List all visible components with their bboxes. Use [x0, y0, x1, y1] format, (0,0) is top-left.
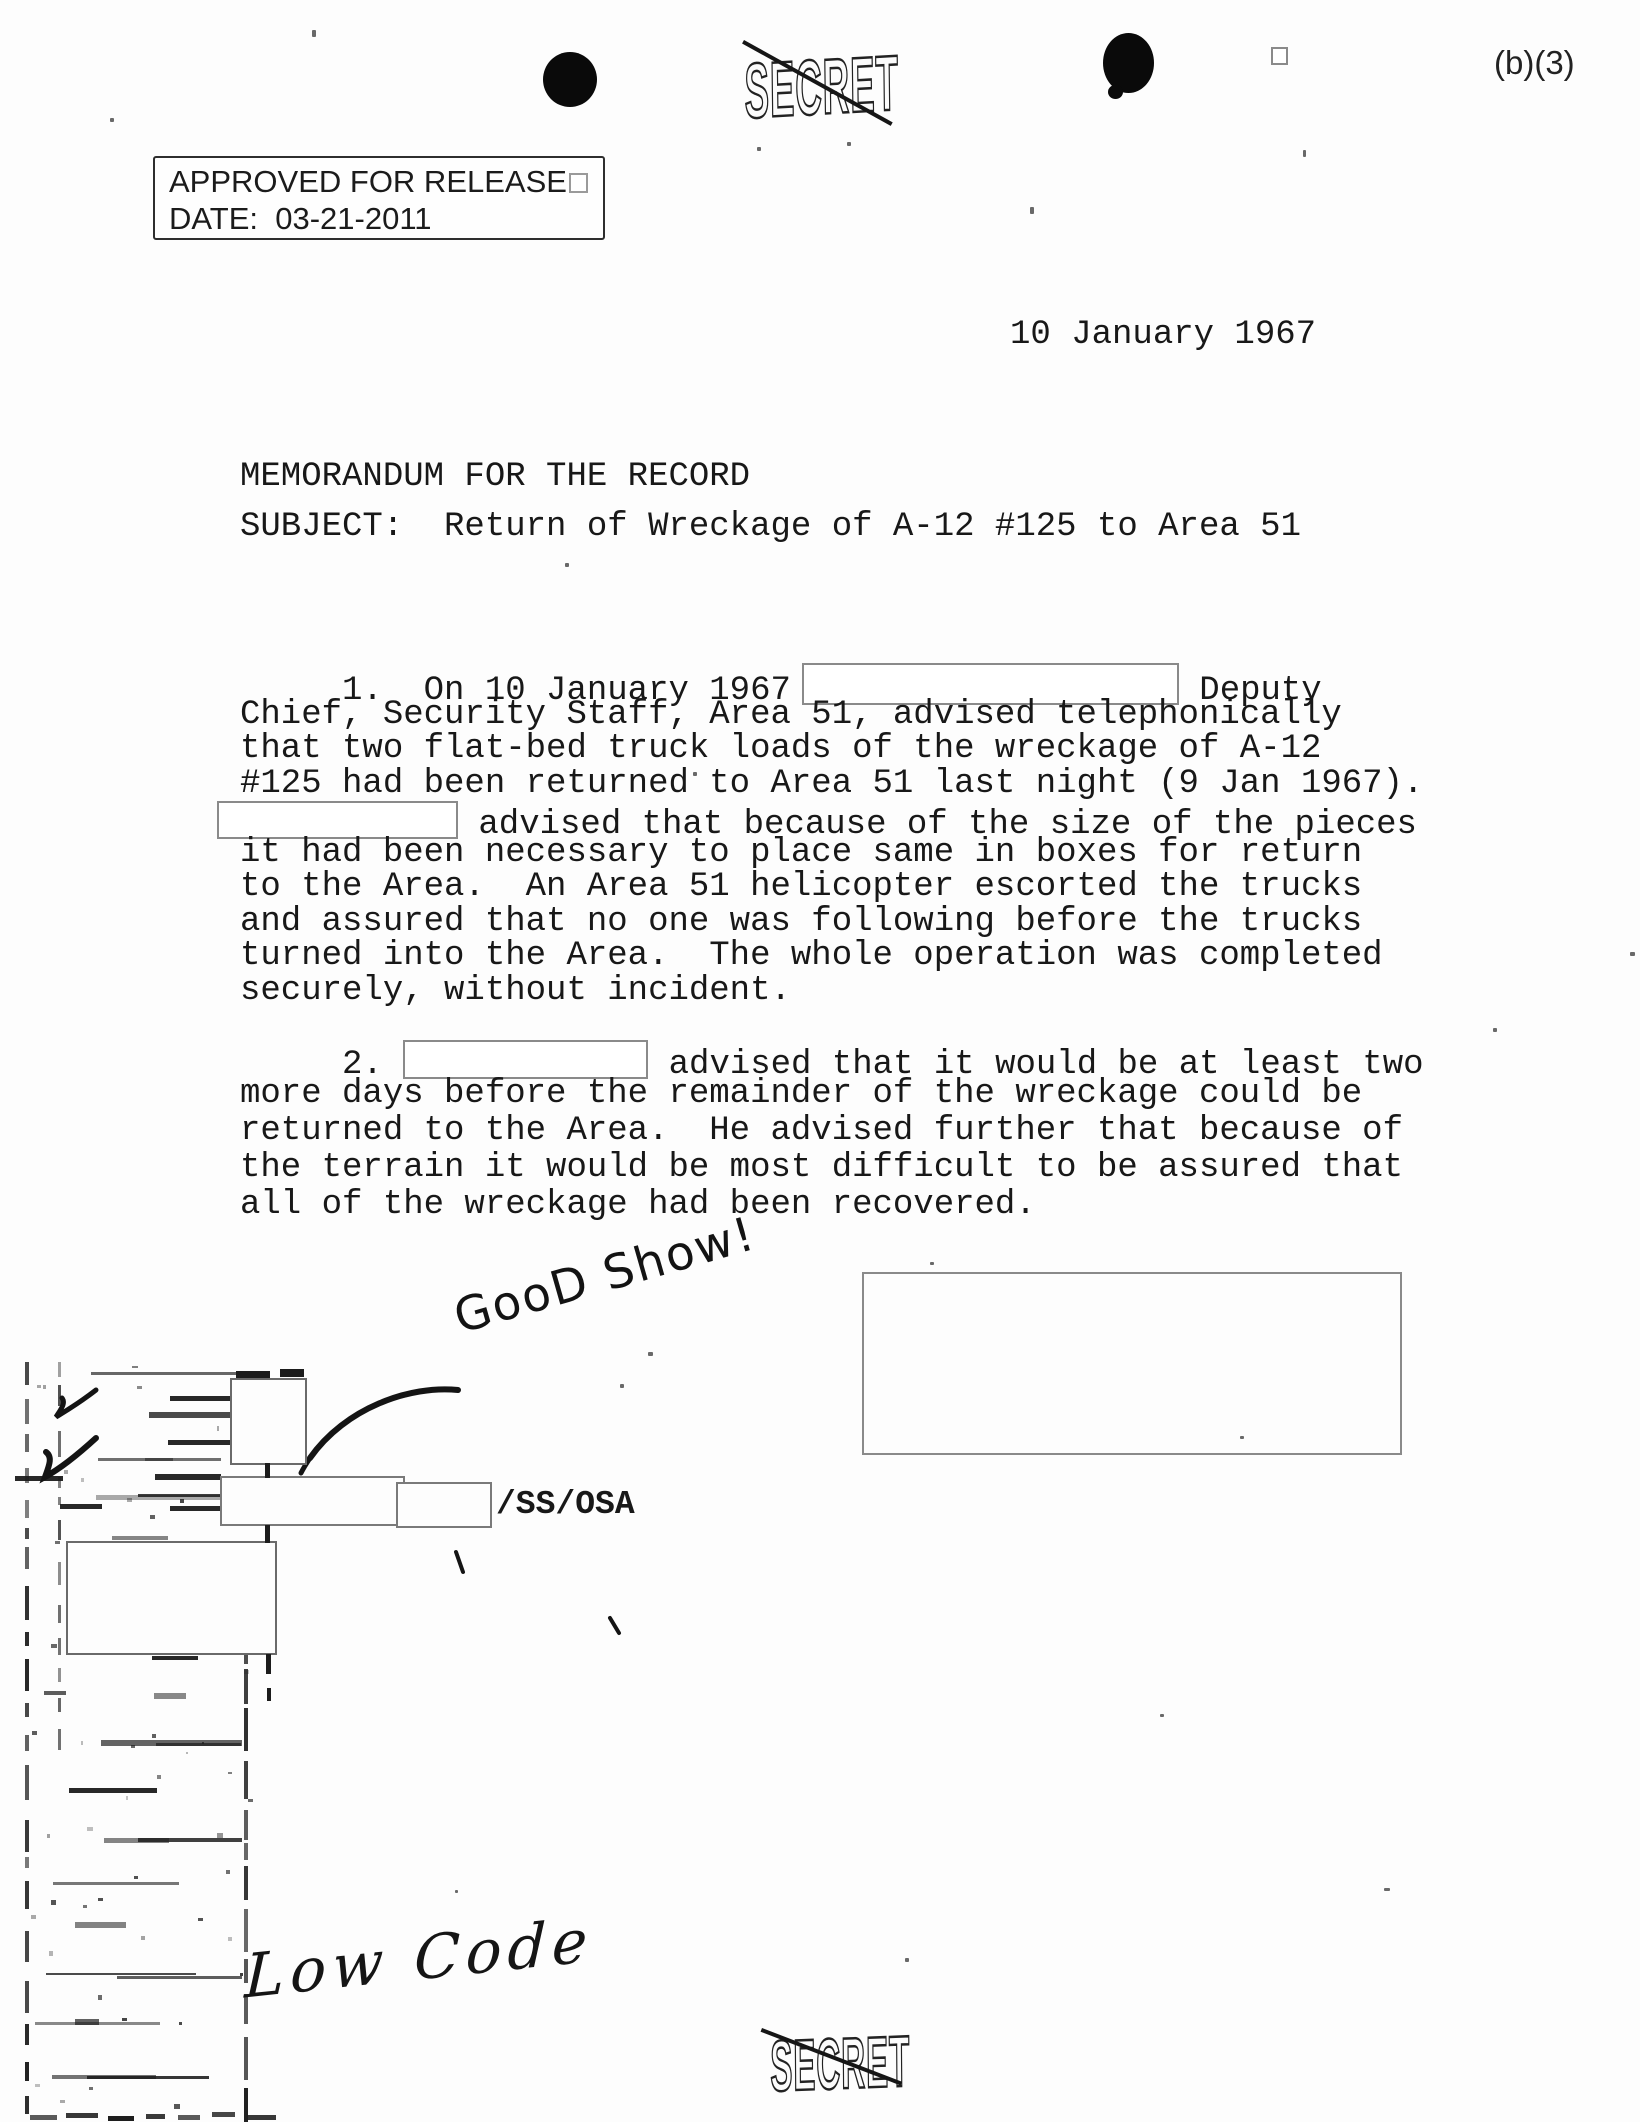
stamp-dash — [122, 2018, 127, 2021]
connector-mark — [265, 1463, 270, 1478]
stamp-dash — [127, 1498, 132, 1502]
stamp-dash — [58, 1477, 61, 1488]
stamp-dash — [226, 1870, 230, 1873]
stamp-dash — [43, 1385, 46, 1389]
body-text: that two flat-bed truck loads of the wre… — [240, 730, 1321, 768]
stamp-dash — [217, 1833, 223, 1838]
stamp-dash — [96, 1495, 237, 1499]
body-text: returned to the Area. He advised further… — [240, 1112, 1403, 1150]
stamp-dash — [58, 1605, 61, 1623]
stamp-dash — [138, 1838, 242, 1842]
smudge-mark — [280, 1369, 304, 1377]
stamp-dash — [25, 1981, 29, 2013]
stamp-dash — [55, 1541, 59, 1544]
scan-speck — [905, 1958, 909, 1962]
stamp-dash — [32, 1731, 37, 1735]
stamp-dash — [217, 1426, 220, 1431]
body-text: turned into the Area. The whole operatio… — [240, 937, 1383, 975]
scanned-memo-page: SECRET (b)(3) APPROVED FOR RELEASE DATE:… — [0, 0, 1640, 2122]
release-stamp-line1: APPROVED FOR RELEASE — [169, 163, 603, 200]
ink-dot-right-smudge — [1108, 85, 1123, 99]
stamp-dash — [170, 1396, 232, 1401]
stamp-dash — [25, 1362, 29, 1385]
stamp-dash — [178, 2115, 200, 2120]
stamp-dash — [60, 2100, 65, 2103]
body-text: #125 had been returned to Area 51 last n… — [240, 765, 1423, 803]
stamp-dash — [58, 1729, 61, 1750]
stamp-dash — [51, 1644, 56, 1649]
scan-speck — [757, 147, 761, 151]
redaction-box-wide — [220, 1476, 405, 1526]
stamp-dash — [25, 1468, 29, 1484]
stamp-dash — [46, 1973, 196, 1976]
body-line-p1-l2: Chief, Security Staff, Area 51, advised … — [240, 698, 1342, 732]
scan-speck — [648, 1352, 653, 1356]
stamp-dash — [25, 1659, 29, 1691]
stamp-dash — [25, 2024, 29, 2046]
redaction-box-small — [396, 1482, 492, 1528]
date-line: 10 January 1967 — [1010, 316, 1316, 354]
connector-mark — [266, 1654, 271, 1674]
stamp-dash — [25, 1547, 29, 1570]
stamp-dash — [141, 1936, 145, 1939]
ink-dot-right — [1103, 33, 1154, 93]
stamp-dash — [25, 1528, 29, 1539]
body-line-p1-l10: securely, without incident. — [240, 974, 791, 1008]
connector-mark — [267, 1688, 271, 1701]
smudge-mark — [236, 1371, 270, 1378]
stamp-dash — [98, 1995, 102, 2000]
body-text: Chief, Security Staff, Area 51, advised … — [240, 696, 1342, 734]
stray-tick — [456, 1552, 463, 1572]
stamp-dash — [37, 1385, 40, 1388]
body-line-p2-l3: returned to the Area. He advised further… — [240, 1114, 1403, 1148]
stamp-dash — [108, 2116, 134, 2121]
stamp-dash — [69, 1788, 156, 1793]
body-line-p2-l5: all of the wreckage had been recovered. — [240, 1188, 1036, 1222]
stamp-dash — [75, 2019, 99, 2025]
stamp-dash — [131, 1745, 135, 1748]
scan-speck — [565, 563, 569, 567]
scan-speck — [1630, 952, 1635, 956]
stamp-dash — [58, 1362, 61, 1377]
stamp-dash — [157, 1775, 161, 1779]
body-text: more days before the remainder of the wr… — [240, 1075, 1362, 1113]
body-line-p1-l7: to the Area. An Area 51 helicopter escor… — [240, 870, 1362, 904]
stamp-dash — [180, 1499, 183, 1503]
scan-speck — [847, 142, 851, 146]
stamp-dash — [170, 1506, 222, 1511]
stamp-dash — [212, 2112, 234, 2117]
scan-speck — [620, 1384, 624, 1388]
redaction-box-large-right — [862, 1272, 1402, 1455]
stamp-dash — [25, 1820, 29, 1852]
scan-speck — [312, 30, 316, 37]
stamp-dash — [244, 1761, 248, 1799]
stamp-dash — [47, 1834, 50, 1837]
stamp-dash — [25, 1703, 29, 1717]
stamp-dash — [25, 2062, 29, 2081]
stamp-dash — [25, 2096, 29, 2115]
stamp-dash — [228, 1772, 232, 1774]
scan-speck — [930, 1262, 934, 1265]
stray-tick — [610, 1618, 619, 1633]
stamp-dash — [25, 1857, 29, 1869]
stamp-dash — [174, 2104, 180, 2109]
stamp-dash — [244, 1843, 248, 1860]
stamp-dash — [25, 1399, 29, 1424]
stamp-dash — [58, 1497, 61, 1506]
stamp-dash — [132, 1366, 138, 1368]
stamp-dash — [81, 1741, 83, 1745]
pen-swoosh-stroke — [310, 1389, 458, 1458]
scan-speck — [1240, 1436, 1244, 1439]
stamp-dash — [91, 1372, 239, 1375]
stamp-dash — [58, 1385, 61, 1406]
stamp-dash — [202, 1742, 205, 1744]
stamp-dash — [134, 1876, 138, 1880]
scan-speck — [1303, 150, 1306, 157]
stamp-dash — [198, 1918, 203, 1921]
stamp-dash — [240, 1973, 243, 1975]
body-text: the terrain it would be most difficult t… — [240, 1149, 1403, 1187]
routing-code: /SS/OSA — [496, 1486, 635, 1523]
checkmark-icon — [45, 1438, 96, 1477]
stamp-dash — [154, 1693, 186, 1699]
body-line-p1-l4: #125 had been returned to Area 51 last n… — [240, 767, 1423, 801]
signature: Low Code — [244, 1905, 595, 2012]
stamp-dash — [179, 2022, 182, 2026]
stamp-dash — [25, 1765, 29, 1801]
checkbox-square-icon — [1271, 47, 1288, 65]
stamp-dash — [244, 1866, 248, 1900]
stamp-dash — [44, 1691, 66, 1695]
stamp-dash — [25, 1931, 29, 1962]
ink-dot-left — [543, 52, 597, 107]
stamp-dash — [64, 1470, 68, 1474]
body-text: securely, without incident. — [240, 972, 791, 1010]
stamp-dash — [25, 1500, 29, 1518]
stamp-dash — [89, 2087, 93, 2090]
stamp-dash — [81, 1478, 84, 1482]
stamp-dash — [152, 1734, 156, 1737]
good-show-annotation: GooD Show! — [448, 1206, 762, 1345]
stamp-dash — [244, 1670, 249, 1674]
stamp-dash — [117, 1976, 242, 1979]
stamp-dash — [168, 1440, 234, 1445]
redaction-box-vertical — [230, 1378, 307, 1465]
scan-speck — [1160, 1714, 1164, 1717]
scan-speck — [1493, 1028, 1497, 1032]
stamp-dash — [152, 1656, 198, 1660]
stamp-dash — [146, 2114, 165, 2119]
stamp-dash — [58, 1520, 61, 1539]
stamp-dash — [75, 1922, 126, 1928]
body-line-p1-l8: and assured that no one was following be… — [240, 905, 1362, 939]
body-line-p2-l2: more days before the remainder of the wr… — [240, 1077, 1362, 1111]
stamp-dash — [30, 2115, 57, 2120]
connector-mark — [265, 1525, 270, 1543]
checkmark-icon — [56, 1390, 96, 1417]
stamp-dash — [60, 1504, 102, 1509]
release-stamp-line2: DATE: 03-21-2011 — [169, 200, 603, 237]
stamp-dash — [228, 1937, 233, 1941]
body-line-p1-l9: turned into the Area. The whole operatio… — [240, 939, 1383, 973]
stamp-dash — [126, 1796, 128, 1800]
stamp-dash — [247, 2115, 276, 2120]
stamp-dash — [51, 1900, 55, 1905]
stamp-dash — [155, 1474, 221, 1480]
scan-speck — [1384, 1888, 1390, 1891]
inline-redaction-box — [403, 1040, 648, 1079]
body-line-p1-l3: that two flat-bed truck loads of the wre… — [240, 732, 1321, 766]
stamp-dash — [15, 1476, 63, 1481]
stamp-dash — [112, 1536, 169, 1539]
stamp-dash — [186, 1752, 188, 1755]
stamp-dash — [35, 2084, 39, 2087]
scan-speck — [693, 772, 697, 776]
stamp-dash — [149, 1412, 240, 1418]
stamp-dash — [49, 1951, 54, 1956]
stamp-dash — [244, 1810, 248, 1840]
stamp-dash — [58, 1668, 61, 1682]
stamp-dash — [58, 1698, 61, 1711]
stamp-dash — [25, 1586, 29, 1620]
stamp-dash — [66, 2113, 99, 2118]
stamp-dash — [137, 1386, 142, 1389]
stamp-dash — [244, 1669, 248, 1704]
stamp-dash — [244, 1708, 248, 1751]
subject-line: SUBJECT: Return of Wreckage of A-12 #125… — [240, 508, 1301, 546]
body-text: to the Area. An Area 51 helicopter escor… — [240, 868, 1362, 906]
stamp-dash — [83, 1905, 87, 1908]
stamp-dash — [25, 1434, 29, 1452]
scan-speck — [455, 1890, 458, 1893]
redaction-box-large-left — [66, 1541, 277, 1655]
body-text: all of the wreckage had been recovered. — [240, 1186, 1036, 1224]
body-text: and assured that no one was following be… — [240, 903, 1362, 941]
stamp-dash — [248, 1799, 253, 1802]
stamp-dash — [31, 1915, 36, 1918]
stamp-dash — [58, 1431, 61, 1457]
body-line-p2-l4: the terrain it would be most difficult t… — [240, 1151, 1403, 1185]
stamp-dash — [87, 1827, 93, 1830]
memo-title: MEMORANDUM FOR THE RECORD — [240, 458, 750, 496]
stamp-dash — [98, 1898, 103, 1901]
stamp-dash — [244, 2037, 248, 2080]
stamp-dash — [25, 1881, 29, 1909]
stamp-dash — [156, 1743, 241, 1747]
stamp-dash — [25, 1735, 29, 1750]
body-line-p1-l6: it had been necessary to place same in b… — [240, 836, 1362, 870]
stamp-dash — [58, 1562, 61, 1586]
secret-stamp-bottom: SECRET — [770, 2021, 910, 2108]
release-stamp: APPROVED FOR RELEASE DATE: 03-21-2011 — [153, 156, 605, 240]
exemption-marking: (b)(3) — [1494, 44, 1575, 82]
stamp-square-icon — [569, 173, 588, 193]
stamp-dash — [145, 1458, 173, 1461]
scan-speck — [110, 118, 114, 122]
body-text: it had been necessary to place same in b… — [240, 834, 1362, 872]
stamp-dash — [25, 1632, 29, 1646]
stamp-dash — [58, 1638, 61, 1655]
stamp-dash — [87, 2076, 210, 2080]
scan-speck — [1030, 207, 1034, 214]
stamp-dash — [150, 1515, 156, 1519]
stamp-dash — [53, 1882, 179, 1885]
